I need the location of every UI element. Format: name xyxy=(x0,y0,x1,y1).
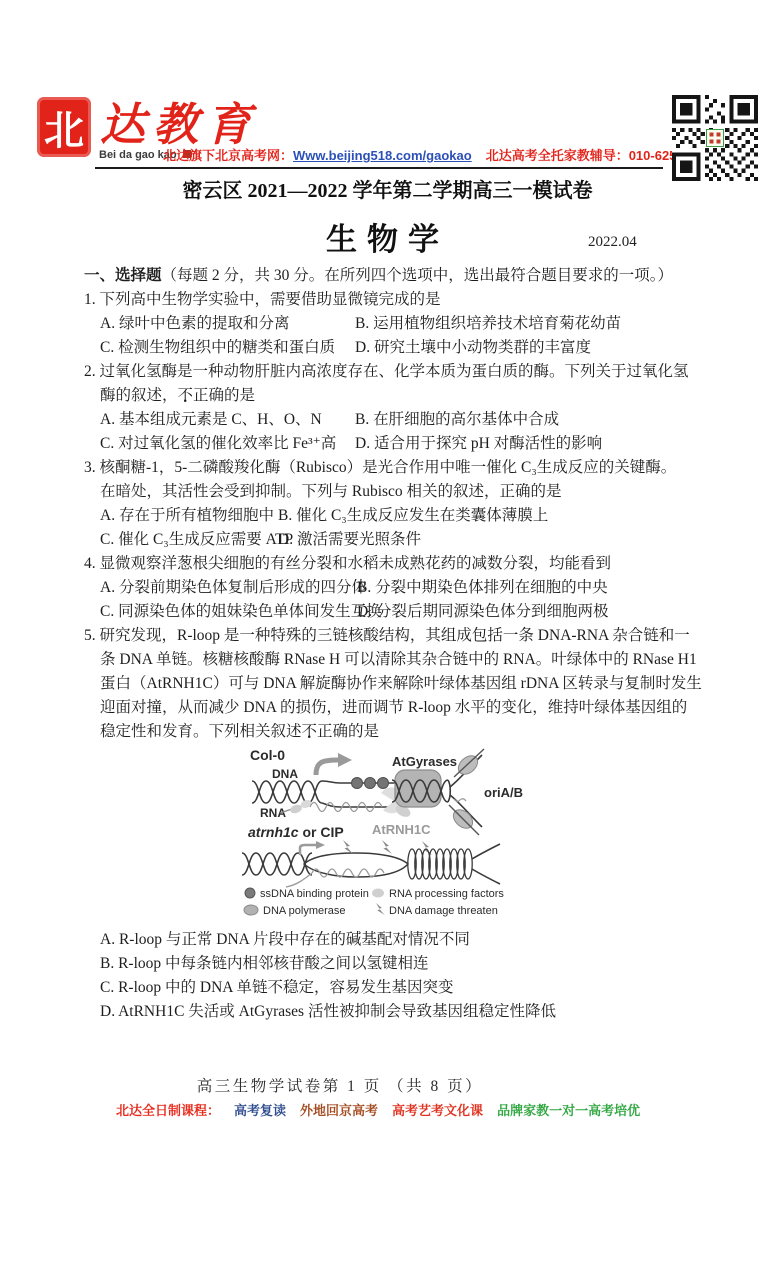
q4-option-b: B. 分裂中期染色体排列在细胞的中央 xyxy=(357,576,608,600)
promo-item: 高考艺考文化课 xyxy=(392,1103,483,1118)
q4-option-d: D. 分裂后期同源染色体分到细胞两极 xyxy=(357,600,608,624)
legend-dna-pol-label: DNA polymerase xyxy=(263,905,346,917)
gaokao-site-link[interactable]: Www.beijing518.com/gaokao xyxy=(293,148,472,163)
brand-seal-char: 北 xyxy=(44,99,84,156)
q1-option-b: B. 运用植物组织培养技术培育菊花幼苗 xyxy=(355,312,621,336)
exam-date: 2022.04 xyxy=(588,234,637,251)
legend-rna-factors-icon xyxy=(372,889,384,898)
rloop-diagram: Col-0 DNA RNA xyxy=(236,747,536,919)
transcription-arrowhead-icon xyxy=(338,753,352,767)
diagram-rna-label: RNA xyxy=(260,806,286,820)
q4-stem: 4. 显微观察洋葱根尖细胞的有丝分裂和水稻未成熟花药的减数分裂，均能看到 xyxy=(84,552,724,576)
diagram-atgyrases-label: AtGyrases xyxy=(392,754,457,769)
diagram-col0-label: Col-0 xyxy=(250,747,285,763)
q1-option-c: C. 检测生物组织中的糖类和蛋白质 xyxy=(100,339,335,356)
q3-option-a: A. 存在于所有植物细胞中 xyxy=(100,507,274,524)
diagram-oriab-label: oriA/B xyxy=(484,785,523,800)
site-label: 北达旗下北京高考网： xyxy=(163,148,293,163)
promo-item: 品牌家教一对一高考培优 xyxy=(497,1103,640,1118)
subject-title: 生物学 xyxy=(0,214,775,259)
tutor-label: 北达高考全托家教辅导： xyxy=(486,148,629,163)
brand-seal-icon: 北 xyxy=(37,97,91,157)
supercoil-region xyxy=(408,849,472,879)
emphasized-char: 不 xyxy=(178,387,194,404)
ssdna-binding-proteins-icon xyxy=(352,778,389,789)
header-contact-line: 北达旗下北京高考网：Www.beijing518.com/gaokao北达高考全… xyxy=(163,145,713,164)
bottom-fork-upper xyxy=(472,844,500,859)
q5-option-c: C. R-loop 中的 DNA 单链不稳定，容易发生基因突变 xyxy=(84,976,724,1000)
q3-stem-line-1: 3. 核酮糖-1，5-二磷酸羧化酶（Rubisco）是光合作用中唯一催化 C₃生… xyxy=(84,456,724,480)
q5-stem-line-3: 蛋白（AtRNH1C）可与 DNA 解旋酶协作来解除叶绿体基因组 rDNA 区转… xyxy=(84,672,724,696)
q5-stem-line-2: 条 DNA 单链。核糖核酸酶 RNase H 可以清除其杂合链中的 RNA。叶绿… xyxy=(84,648,724,672)
q5-option-a: A. R-loop 与正常 DNA 片段中存在的碱基配对情况不同 xyxy=(84,928,724,952)
legend-damage-label: DNA damage threaten xyxy=(389,905,498,917)
q3-options-row-1: A. 存在于所有植物细胞中 B. 催化 C₃生成反应发生在类囊体薄膜上 xyxy=(84,504,724,528)
q4-options-row-1: A. 分裂前期染色体复制后形成的四分体 B. 分裂中期染色体排列在细胞的中央 xyxy=(84,576,724,600)
q4-option-c: C. 同源染色体的姐妹染色单体间发生互换 xyxy=(100,603,382,620)
legend-ssdna-label: ssDNA binding protein xyxy=(260,888,369,900)
transcription-arrow-icon xyxy=(316,760,338,775)
diagram-mutant-label: atrnh1c or CIP xyxy=(248,824,344,840)
q3-option-d: D. 激活需要光照条件 xyxy=(278,528,421,552)
exam-page: 北 达教育 Bei da gao kao 北达旗下北京高考网：Www.beiji… xyxy=(0,0,775,1276)
promo-item-label: 北达全日制课程： xyxy=(116,1103,220,1118)
promo-line: 北达全日制课程：高考复读外地回京高考高考艺考文化课品牌家教一对一高考培优 xyxy=(116,1100,654,1119)
q3-stem-line-2: 在暗处，其活性会受到抑制。下列与 Rubisco 相关的叙述，正确的是 xyxy=(84,480,724,504)
promo-item: 高考复读 xyxy=(234,1103,286,1118)
section-title: 一、选择题 xyxy=(84,267,162,284)
legend-rna-factors-label: RNA processing factors xyxy=(389,888,504,900)
q2-options-row-1: A. 基本组成元素是 C、H、O、N B. 在肝细胞的高尔基体中合成 xyxy=(84,408,724,432)
emphasized-char: 不 xyxy=(302,723,318,740)
section-note: （每题 2 分，共 30 分。在所列四个选项中，选出最符合题目要求的一项。） xyxy=(162,267,674,284)
legend-ssdna-icon xyxy=(245,888,255,898)
q2-option-a: A. 基本组成元素是 C、H、O、N xyxy=(100,411,322,428)
qr-center-logo xyxy=(706,129,723,146)
q3-option-b: B. 催化 C₃生成反应发生在类囊体薄膜上 xyxy=(278,504,548,528)
section-heading: 一、选择题（每题 2 分，共 30 分。在所列四个选项中，选出最符合题目要求的一… xyxy=(84,264,724,288)
promo-item: 外地回京高考 xyxy=(300,1103,378,1118)
promoter-arrowhead-icon xyxy=(316,841,325,849)
q1-options-row-1: A. 绿叶中色素的提取和分离 B. 运用植物组织培养技术培育菊花幼苗 xyxy=(84,312,724,336)
dna-helix-left xyxy=(252,781,322,803)
q1-stem: 1. 下列高中生物学实验中，需要借助显微镜完成的是 xyxy=(84,288,724,312)
question-column: 一、选择题（每题 2 分，共 30 分。在所列四个选项中，选出最符合题目要求的一… xyxy=(84,264,724,1024)
q5-option-d: D. AtRNH1C 失活或 AtGyrases 活性被抑制会导致基因组稳定性降… xyxy=(84,1000,724,1024)
q1-option-a: A. 绿叶中色素的提取和分离 xyxy=(100,315,289,332)
legend-damage-icon xyxy=(376,903,385,915)
q2-option-d: D. 适合用于探究 pH 对酶活性的影响 xyxy=(355,432,602,456)
q3-options-row-2: C. 催化 C₃生成反应需要 ATP D. 激活需要光照条件 xyxy=(84,528,724,552)
q5-stem-line-1: 5. 研究发现，R-loop 是一种特殊的三链核酸结构，其组成包括一条 DNA-… xyxy=(84,624,724,648)
q3-option-c: C. 催化 C₃生成反应需要 ATP xyxy=(100,531,293,548)
q4-option-a: A. 分裂前期染色体复制后形成的四分体 xyxy=(100,579,367,596)
qr-code xyxy=(672,94,758,182)
q1-option-d: D. 研究土壤中小动物类群的丰富度 xyxy=(355,336,591,360)
header-divider xyxy=(95,167,663,169)
q2-option-c: C. 对过氧化氢的催化效率比 Fe³⁺高 xyxy=(100,435,336,452)
rna-processing-factors-icon xyxy=(289,799,312,815)
q4-options-row-2: C. 同源染色体的姐妹染色单体间发生互换 D. 分裂后期同源染色体分到细胞两极 xyxy=(84,600,724,624)
q2-stem-line-2: 酶的叙述，不正确的是 xyxy=(84,384,724,408)
q1-options-row-2: C. 检测生物组织中的糖类和蛋白质 D. 研究土壤中小动物类群的丰富度 xyxy=(84,336,724,360)
q2-option-b: B. 在肝细胞的高尔基体中合成 xyxy=(355,408,559,432)
brand-name-calligraphy: 达教育 xyxy=(100,88,259,153)
fork-neck xyxy=(448,780,450,802)
diagram-atrnh1c-label: AtRNH1C xyxy=(372,822,431,837)
page-number-line: 高三生物学试卷第 1 页 （共 8 页） xyxy=(0,1074,680,1096)
diagram-dna-label: DNA xyxy=(272,767,298,781)
q5-stem-line-4: 迎面对撞，从而减少 DNA 的损伤，进而调节 R-loop 水平的变化，维持叶绿… xyxy=(84,696,724,720)
dna-helix-bottom-left xyxy=(242,853,312,875)
exam-title: 密云区 2021—2022 学年第二学期高三一模试卷 xyxy=(0,174,775,203)
q2-options-row-2: C. 对过氧化氢的催化效率比 Fe³⁺高 D. 适合用于探究 pH 对酶活性的影… xyxy=(84,432,724,456)
legend-dna-pol-icon xyxy=(244,905,258,915)
promoter-hook-arrow-icon xyxy=(300,845,316,855)
bottom-fork-lower xyxy=(472,869,500,884)
q5-option-b: B. R-loop 中每条链内相邻核苷酸之间以氢键相连 xyxy=(84,952,724,976)
q2-stem-line-1: 2. 过氧化氢酶是一种动物肝脏内高浓度存在、化学本质为蛋白质的酶。下列关于过氧化… xyxy=(84,360,724,384)
q5-stem-line-5: 稳定性和发育。下列相关叙述不正确的是 xyxy=(84,720,724,744)
